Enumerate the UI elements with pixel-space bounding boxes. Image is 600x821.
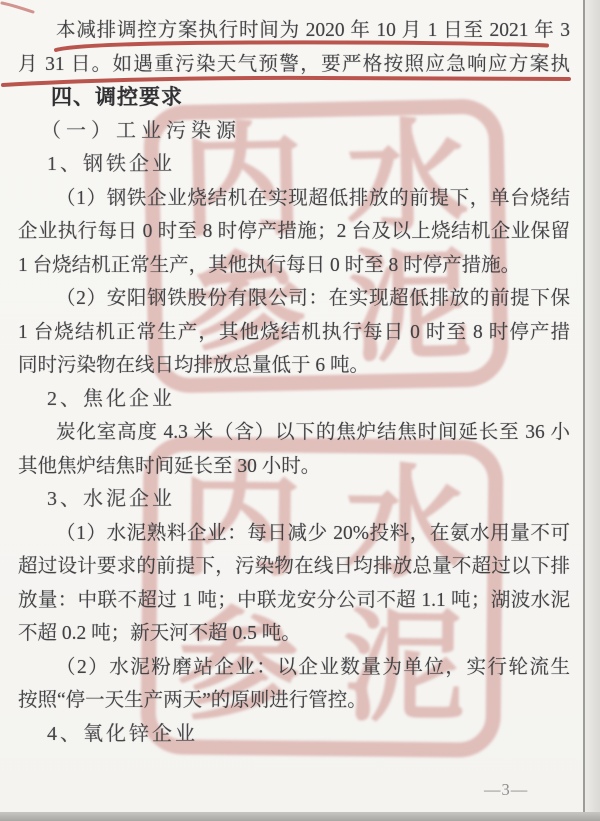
para-cement-clinker-line4: 不超 0.2 吨；新天河不超 0.5 吨。 xyxy=(18,617,570,651)
page-number: —3— xyxy=(484,780,528,800)
para-steel-1-line1: （1）钢铁企业烧结机在实现超低排放的前提下，单台烧结机 xyxy=(18,182,570,216)
item-1-steel-enterprises: 1、钢铁企业 xyxy=(18,148,570,182)
scanned-document-page: 内 水 参 泥 内 水 参 泥 本减排调控方案执行时间为 2020 年 10 月… xyxy=(0,0,600,821)
para-steel-1-line3: 1 台烧结机正常生产，其他执行每日 0 时至 8 时停产措施。 xyxy=(18,249,570,283)
para-cement-clinker-line2: 超过设计要求的前提下，污染物在线日均排放总量不超过以下排 xyxy=(18,550,570,584)
subheading-industrial-pollution-sources: （一）工业污染源 xyxy=(18,115,570,149)
scan-edge-right-strip xyxy=(585,0,600,821)
para-cement-clinker-line1: （1）水泥熟料企业：每日减少 20%投料，在氨水用量不可 xyxy=(18,517,570,551)
para-steel-1-line2: 企业执行每日 0 时至 8 时停产措施；2 台及以上烧结机企业保留 xyxy=(18,215,570,249)
para-steel-2-line3: 同时污染物在线日均排放总量低于 6 吨。 xyxy=(18,349,570,383)
para-execution-period-line1: 本减排调控方案执行时间为 2020 年 10 月 1 日至 2021 年 3 xyxy=(18,14,570,48)
para-cement-grinding-line2: 按照“停一天生产两天”的原则进行管控。 xyxy=(18,684,570,718)
document-body: 本减排调控方案执行时间为 2020 年 10 月 1 日至 2021 年 3 月… xyxy=(18,14,570,751)
heading-section-4-control-requirements: 四、调控要求 xyxy=(18,81,570,115)
para-coking-line1: 炭化室高度 4.3 米（含）以下的焦炉结焦时间延长至 36 小时； xyxy=(18,416,570,450)
red-pen-mark-top-left xyxy=(2,3,33,12)
para-coking-line2: 其他焦炉结焦时间延长至 30 小时。 xyxy=(18,450,570,484)
para-cement-grinding-line1: （2）水泥粉磨站企业：以企业数量为单位，实行轮流生产， xyxy=(18,651,570,685)
para-steel-2-line2: 1 台烧结机正常生产，其他烧结机执行每日 0 时至 8 时停产措施， xyxy=(18,316,570,350)
item-3-cement-enterprises: 3、水泥企业 xyxy=(18,483,570,517)
scan-edge-bottom-strip xyxy=(0,812,600,821)
para-execution-period-line2: 月 31 日。如遇重污染天气预警，要严格按照应急响应方案执行。 xyxy=(18,48,570,82)
para-steel-2-line1: （2）安阳钢铁股份有限公司：在实现超低排放的前提下保留 xyxy=(18,282,570,316)
item-2-coking-enterprises: 2、焦化企业 xyxy=(18,383,570,417)
item-4-zinc-oxide-enterprises: 4、氧化锌企业 xyxy=(18,718,570,752)
para-cement-clinker-line3: 放量：中联不超过 1 吨；中联龙安分公司不超 1.1 吨；湖波水泥 xyxy=(18,584,570,618)
